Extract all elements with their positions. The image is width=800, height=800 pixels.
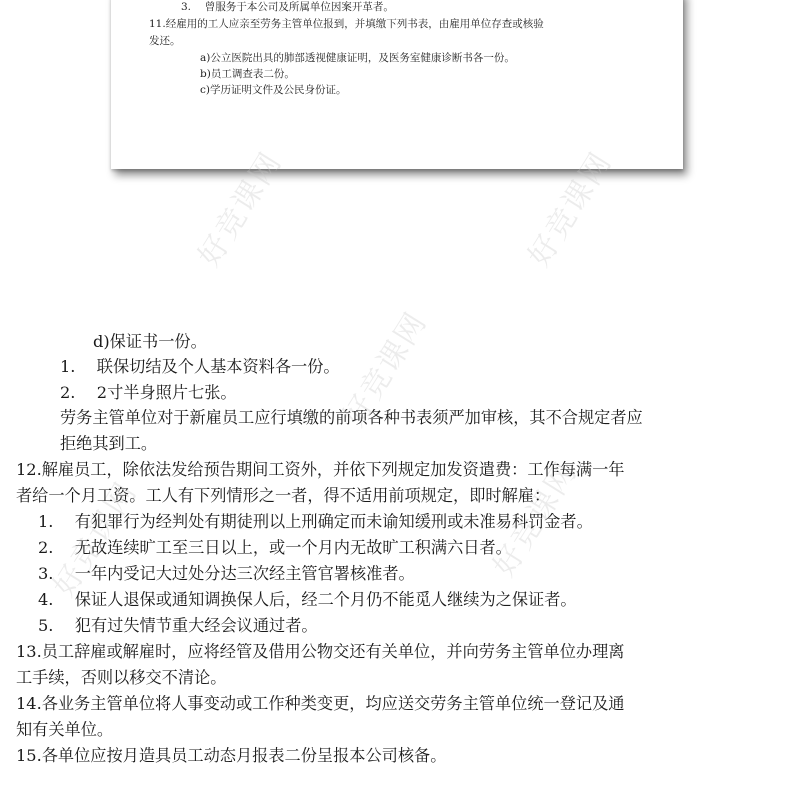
list-item: 3. 一年内受记大过处分达三次经主管官署核准者。: [38, 564, 415, 584]
list-item-b: b)员工调查表二份。: [200, 68, 295, 81]
paragraph-11-cont: 发还。: [149, 35, 181, 48]
list-item: 1. 联保切结及个人基本资料各一份。: [60, 357, 340, 377]
list-item: 1. 有犯罪行为经判处有期徒刑以上刑确定而未谕知缓刑或未准易科罚金者。: [38, 512, 593, 532]
list-item: 4. 保证人退保或通知调换保人后，经二个月仍不能觅人继续为之保证者。: [38, 590, 577, 610]
list-item-d: d)保证书一份。: [93, 332, 207, 352]
paragraph-12-cont: 者给一个月工资。工人有下列情形之一者，得不适用前项规定，即时解雇：: [16, 486, 550, 506]
paragraph-cont: 拒绝其到工。: [60, 434, 157, 454]
list-item-c: c)学历证明文件及公民身份证。: [200, 84, 346, 97]
paragraph-13-cont: 工手续，否则以移交不清论。: [16, 668, 226, 688]
list-item: 2. 无故连续旷工至三日以上，或一个月内无故旷工积满六日者。: [38, 538, 512, 558]
list-item: 3. 曾服务于本公司及所属单位因案开革者。: [181, 1, 394, 14]
document-page-preview: 3. 曾服务于本公司及所属单位因案开革者。 11.经雇用的工人应亲至劳务主管单位…: [111, 0, 683, 169]
list-item: 2. 2寸半身照片七张。: [60, 383, 237, 403]
list-item-a: a)公立医院出具的肺部透视健康证明，及医务室健康诊断书各一份。: [200, 52, 515, 65]
paragraph-12: 12.解雇员工，除依法发给预告期间工资外，并依下列规定加发资遣费：工作每满一年: [16, 460, 625, 480]
paragraph-13: 13.员工辞雇或解雇时，应将经管及借用公物交还有关单位，并向劳务主管单位办理离: [16, 642, 625, 662]
paragraph-11: 11.经雇用的工人应亲至劳务主管单位报到，并填缴下列书表，由雇用单位存查或核验: [149, 18, 544, 31]
paragraph-14: 14.各业务主管单位将人事变动或工作种类变更，均应送交劳务主管单位统一登记及通: [16, 694, 625, 714]
paragraph-15: 15.各单位应按月造具员工动态月报表二份呈报本公司核备。: [16, 746, 446, 766]
list-item: 5. 犯有过失情节重大经会议通过者。: [38, 616, 318, 636]
paragraph-14-cont: 知有关单位。: [16, 720, 113, 740]
paragraph: 劳务主管单位对于新雇员工应行填缴的前项各种书表须严加审核，其不合规定者应: [60, 408, 643, 428]
